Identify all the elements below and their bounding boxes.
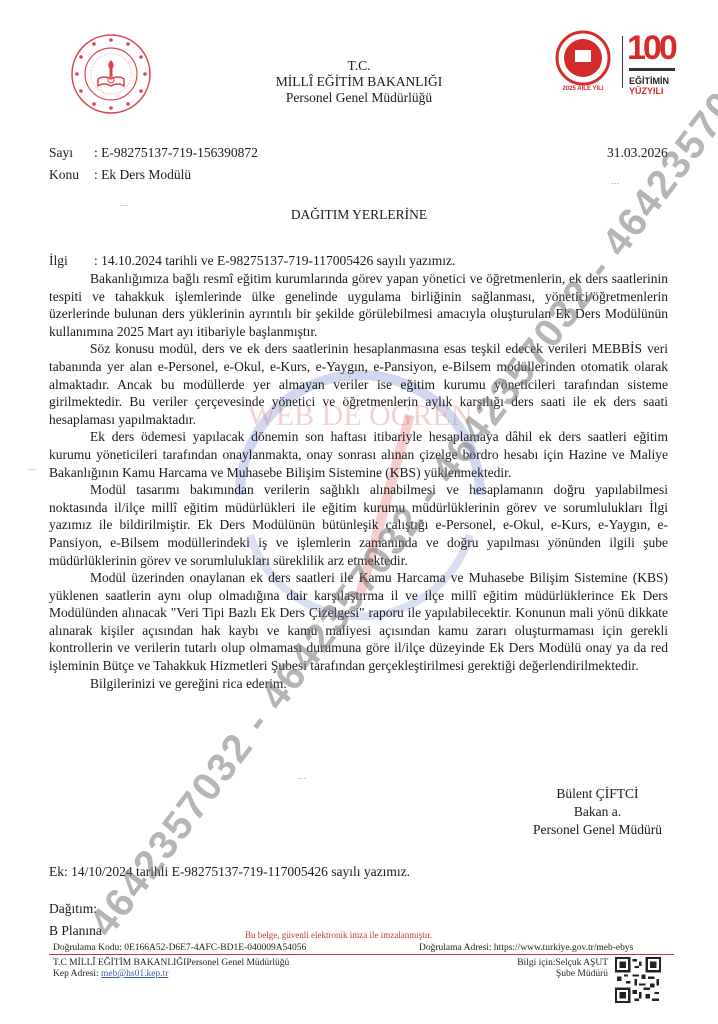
addressee: DAĞITIM YERLERİNE [0,207,718,223]
qr-code-icon [615,957,661,1003]
konu-value: : Ek Ders Modülü [94,167,191,183]
signer-name: Bülent ÇİFTCİ [500,785,695,803]
kep-address-link[interactable]: meb@hs01.kep.tr [101,969,168,979]
verification-address[interactable]: Doğrulama Adresi: https://www.turkiye.go… [419,943,633,954]
esign-note: Bu belge, güvenli elektronik imza ile im… [245,930,432,940]
document-date: 31.03.2026 [607,145,668,161]
ilgi-row: İlgi : 14.10.2024 tarihli ve E-98275137-… [49,253,609,269]
paragraph: Bilgilerinizi ve gereğini rica ederim. [49,675,668,693]
ellipsis-marker: ... [298,772,307,781]
ilgi-label: İlgi [49,253,68,269]
distribution-label: Dağıtım: [49,898,102,920]
paragraph: Modül üzerinden onaylanan ek ders saatle… [49,569,668,675]
century-number: 100 [627,30,675,66]
signature-block: Bülent ÇİFTCİ Bakan a. Personel Genel Mü… [500,785,695,839]
ellipsis-marker: ... [28,463,37,472]
century-line1: EĞİTİMİN [629,76,669,86]
distribution-item: B Planına [49,920,102,942]
sayi-row: Sayı : E-98275137-719-156390872 [49,145,349,161]
svg-text:2025 AİLE YILI: 2025 AİLE YILI [562,85,603,92]
letter-body: Bakanlığımıza bağlı resmî eğitim kurumla… [49,270,668,692]
verification-code: Doğrulama Kodu: 0E166A52-D6E7-4AFC-BD1E-… [53,943,306,954]
paragraph: Bakanlığımıza bağlı resmî eğitim kurumla… [49,270,668,340]
right-logos: 2025 AİLE YILI 100 EĞİTİMİN YÜZYILI [553,30,693,106]
century-line2: YÜZYILI [629,86,664,96]
distribution: Dağıtım: B Planına [49,898,102,942]
paragraph: Söz konusu modül, ders ve ek ders saatle… [49,340,668,428]
paragraph: Modül tasarımı bakımından verilerin sağl… [49,481,668,569]
info-contact: Bilgi için:Selçuk AŞUT [508,958,608,969]
paragraph: Ek ders ödemesi yapılacak dönemin son ha… [49,428,668,481]
konu-row: Konu : Ek Ders Modülü [49,167,349,183]
kep-row: Kep Adresi: meb@hs01.kep.tr [53,969,168,980]
sayi-value: : E-98275137-719-156390872 [94,145,258,161]
ilgi-value: : 14.10.2024 tarihli ve E-98275137-719-1… [94,253,455,269]
logo-divider [622,36,623,88]
footer-divider [49,954,674,955]
book-icon [629,68,675,71]
institution-name: T.C MİLLÎ EĞİTİM BAKANLIĞIPersonel Genel… [53,958,289,969]
kep-label: Kep Adresi: [53,969,99,979]
info-title: Şube Müdürü [508,969,608,980]
ellipsis-marker: ... [611,177,620,186]
signer-role: Bakan a. [500,803,695,821]
sayi-label: Sayı [49,145,73,161]
family-year-logo-icon: 2025 AİLE YILI [553,30,613,92]
signer-title: Personel Genel Müdürü [500,821,695,839]
konu-label: Konu [49,167,79,183]
attachment: Ek: 14/10/2024 tarihli E-98275137-719-11… [49,864,410,880]
